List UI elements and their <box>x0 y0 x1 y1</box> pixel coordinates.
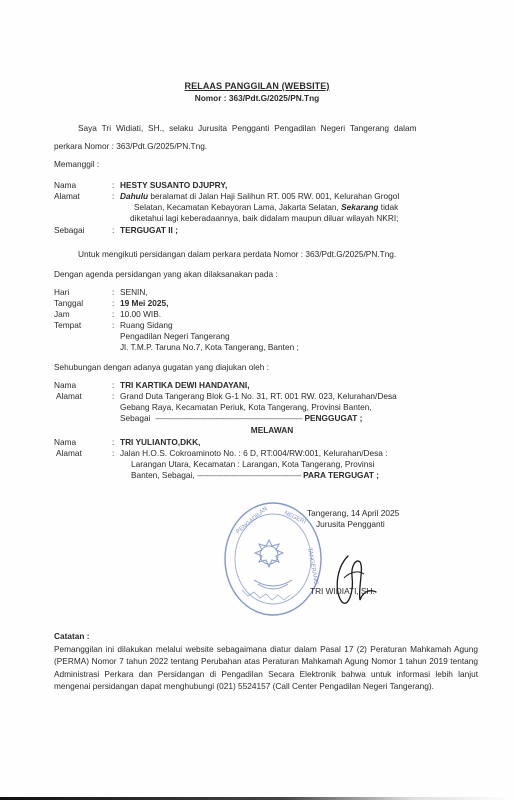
document-title: RELAAS PANGGILAN (WEBSITE) <box>0 81 514 92</box>
memanggil-label: Memanggil : <box>54 159 99 170</box>
colon: : <box>112 225 114 236</box>
tanggal-label: Tanggal <box>54 298 83 309</box>
plaintiff-name: TRI KARTIKA DEWI HANDAYANI, <box>120 380 250 391</box>
dash-leader: ----------------------------------------… <box>197 470 301 480</box>
defendant-address-line-2: Larangan Utara, Kecamatan : Larangan, Ko… <box>131 459 374 470</box>
defendant-address-line-1: Jalan H.O.S. Cokroaminoto No. : 6 D, RT:… <box>120 448 387 459</box>
colon: : <box>112 437 114 448</box>
summoned-address-line-3: diketahui lagi keberadaannya, baik didal… <box>130 213 398 224</box>
melawan-heading: MELAWAN <box>0 425 514 436</box>
sebagai-label: Sebagai <box>54 225 84 236</box>
plaintiff-address-line-2: Gebang Raya, Kecamatan Periuk, Kota Tang… <box>120 402 372 413</box>
colon: : <box>112 287 114 298</box>
tempat-line-3: Jl. T.M.P. Taruna No.7, Kota Tangerang, … <box>120 342 299 353</box>
alamat-label: Alamat <box>56 391 82 402</box>
summoned-role: TERGUGAT II ; <box>120 225 178 236</box>
tempat-line-2: Pengadilan Negeri Tangerang <box>120 331 230 342</box>
nama-label: Nama <box>54 380 76 391</box>
nama-label: Nama <box>54 180 76 191</box>
signature-position: Jurusita Pengganti <box>316 519 476 530</box>
colon: : <box>112 320 114 331</box>
tempat-line-1: Ruang Sidang <box>120 320 173 331</box>
summoned-address-line-1: Dahulu beralamat di Jalan Haji Salihun R… <box>120 191 399 202</box>
svg-text:NEGERI: NEGERI <box>283 510 307 525</box>
defendant-name: TRI YULIANTO,DKK, <box>120 437 200 448</box>
alamat-label: Alamat <box>54 191 80 202</box>
signature-icon <box>330 548 380 608</box>
plaintiff-sebagai: Sebagai --------------------------------… <box>120 413 362 424</box>
intro-line-1: Saya Tri Widiati, SH., selaku Jurusita P… <box>78 123 476 134</box>
signature-place-date: Tangerang, 14 April 2025 <box>307 508 467 519</box>
agenda-intro: Dengan agenda persidangan yang akan dila… <box>54 269 278 280</box>
nama-label: Nama <box>54 437 76 448</box>
jam-label: Jam <box>54 309 70 320</box>
defendant-role: PARA TERGUGAT ; <box>303 470 379 480</box>
alamat-label: Alamat <box>56 448 82 459</box>
hari-value: SENIN, <box>120 287 148 298</box>
summoned-address-line-2: Selatan, Kecamatan Kebayoran Lama, Jakar… <box>134 202 398 213</box>
document-page: RELAAS PANGGILAN (WEBSITE) Nomor : 363/P… <box>0 0 514 800</box>
purpose-text: Untuk mengikuti persidangan dalam perkar… <box>78 249 396 260</box>
dash-leader: ----------------------------------------… <box>155 413 302 423</box>
address-prefix: Dahulu <box>120 191 148 201</box>
colon: : <box>112 448 114 459</box>
note-title: Catatan : <box>54 631 90 642</box>
colon: : <box>112 309 114 320</box>
colon: : <box>112 298 114 309</box>
signatory-name: TRI WIDIATI, SH. <box>310 586 470 597</box>
colon: : <box>112 191 114 202</box>
tempat-label: Tempat <box>54 320 81 331</box>
jam-value: 10.00 WIB. <box>120 309 161 320</box>
colon: : <box>112 180 114 191</box>
note-body: Pemanggilan ini dilakukan melalui websit… <box>54 643 478 693</box>
summoned-name: HESTY SUSANTO DJUPRY, <box>120 180 227 191</box>
plaintiff-address-line-1: Grand Duta Tangerang Blok G-1 No. 31, RT… <box>120 391 397 402</box>
case-number: Nomor : 363/Pdt.G/2025/PN.Tng <box>0 93 514 104</box>
svg-text:PENGADILAN: PENGADILAN <box>235 506 268 535</box>
colon: : <box>112 380 114 391</box>
hari-label: Hari <box>54 287 69 298</box>
colon: : <box>112 391 114 402</box>
intro-line-2: perkara Nomor : 363/Pdt.G/2025/PN.Tng. <box>54 141 207 152</box>
defendant-address-line-3: Banten, Sebagai, -----------------------… <box>131 470 379 481</box>
tanggal-value: 19 Mei 2025, <box>120 298 168 309</box>
svg-text:TANGERANG: TANGERANG <box>306 547 318 585</box>
gugatan-intro: Sehubungan dengan adanya gugatan yang di… <box>54 362 269 373</box>
plaintiff-role: PENGGUGAT ; <box>304 413 362 423</box>
